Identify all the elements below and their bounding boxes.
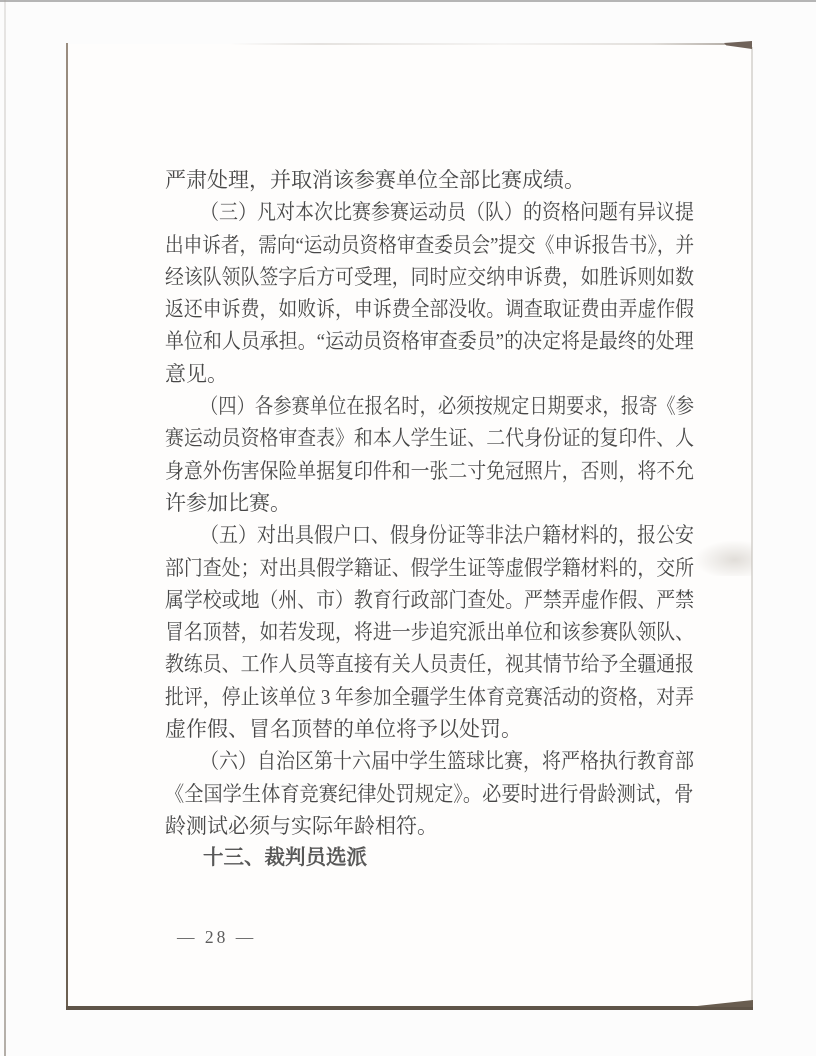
- paper-edge-right: [751, 47, 753, 1007]
- text-line-content: 单位和人员承担。“运动员资格审查委员”的决定将是最终的处理: [165, 325, 694, 357]
- paper-edge-top: [230, 43, 726, 45]
- paper-edge-left: [66, 43, 68, 1008]
- text-line-content: 冒名顶替，如若发现，将进一步追究派出单位和该参赛队领队、: [165, 616, 694, 648]
- text-line: 部门查处；对出具假学籍证、假学生证等虚假学籍材料的，交所: [165, 552, 694, 584]
- text-line: （五）对出具假户口、假身份证等非法户籍材料的，报公安: [165, 519, 694, 551]
- text-line: 虚作假、冒名顶替的单位将予以处罚。: [165, 713, 694, 745]
- text-line-content: 属学校或地（州、市）教育行政部门查处。严禁弄虚作假、严禁: [165, 584, 694, 616]
- text-line: 《全国学生体育竞赛纪律处罚规定》。必要时进行骨龄测试，骨: [165, 778, 694, 810]
- scan-border-left: [4, 0, 6, 1056]
- text-line: 冒名顶替，如若发现，将进一步追究派出单位和该参赛队领队、: [165, 616, 694, 648]
- text-line-content: （三）凡对本次比赛参赛运动员（队）的资格问题有异议提: [200, 196, 694, 228]
- text-line: （四）各参赛单位在报名时，必须按规定日期要求，报寄《参: [165, 390, 694, 422]
- section-heading: 十三、裁判员选派: [165, 842, 694, 874]
- text-line-content: 严肃处理，并取消该参赛单位全部比赛成绩。: [165, 164, 585, 196]
- text-line-content: 赛运动员资格审查表》和本人学生证、二代身份证的复印件、人: [165, 422, 694, 454]
- text-line-content: （五）对出具假户口、假身份证等非法户籍材料的，报公安: [200, 519, 694, 551]
- text-line: （三）凡对本次比赛参赛运动员（队）的资格问题有异议提: [165, 196, 694, 228]
- text-line-content: 部门查处；对出具假学籍证、假学生证等虚假学籍材料的，交所: [165, 552, 694, 584]
- text-line: （六）自治区第十六届中学生篮球比赛，将严格执行教育部: [165, 745, 694, 777]
- text-line: 经该队领队签字后方可受理，同时应交纳申诉费，如胜诉则如数: [165, 261, 694, 293]
- text-line: 龄测试必须与实际年龄相符。: [165, 810, 694, 842]
- text-line: 意见。: [165, 358, 694, 390]
- text-line: 单位和人员承担。“运动员资格审查委员”的决定将是最终的处理: [165, 325, 694, 357]
- text-line: 严肃处理，并取消该参赛单位全部比赛成绩。: [165, 164, 694, 196]
- text-line-content: 返还申诉费，如败诉，申诉费全部没收。调查取证费由弄虚作假: [165, 293, 694, 325]
- text-line-content: （六）自治区第十六届中学生篮球比赛，将严格执行教育部: [200, 745, 694, 777]
- text-line-content: 虚作假、冒名顶替的单位将予以处罚。: [165, 713, 522, 745]
- text-line: 返还申诉费，如败诉，申诉费全部没收。调查取证费由弄虚作假: [165, 293, 694, 325]
- text-line: 赛运动员资格审查表》和本人学生证、二代身份证的复印件、人: [165, 422, 694, 454]
- page-number: — 28 —: [177, 927, 256, 948]
- text-line: 许参加比赛。: [165, 487, 694, 519]
- document-body-text: 严肃处理，并取消该参赛单位全部比赛成绩。（三）凡对本次比赛参赛运动员（队）的资格…: [165, 164, 694, 875]
- text-line-content: 许参加比赛。: [165, 487, 291, 519]
- text-line-content: 意见。: [165, 358, 228, 390]
- text-line-content: 出申诉者，需向“运动员资格审查委员会”提交《申诉报告书》，并: [165, 229, 694, 261]
- paper-edge-bottom: [66, 1006, 753, 1010]
- scan-border-top: [0, 0, 816, 2]
- text-line-content: 身意外伤害保险单据复印件和一张二寸免冠照片，否则，将不允: [165, 455, 694, 487]
- text-line-content: 《全国学生体育竞赛纪律处罚规定》。必要时进行骨龄测试，骨: [165, 778, 694, 810]
- text-line-content: （四）各参赛单位在报名时，必须按规定日期要求，报寄《参: [200, 390, 694, 422]
- text-line: 教练员、工作人员等直接有关人员责任，视其情节给予全疆通报: [165, 648, 694, 680]
- text-line-content: 教练员、工作人员等直接有关人员责任，视其情节给予全疆通报: [165, 648, 694, 680]
- text-line-content: 经该队领队签字后方可受理，同时应交纳申诉费，如胜诉则如数: [165, 261, 694, 293]
- text-line: 出申诉者，需向“运动员资格审查委员会”提交《申诉报告书》，并: [165, 229, 694, 261]
- text-line-content: 十三、裁判员选派: [203, 842, 367, 874]
- scanned-document-page: 严肃处理，并取消该参赛单位全部比赛成绩。（三）凡对本次比赛参赛运动员（队）的资格…: [0, 0, 816, 1056]
- text-line: 批评，停止该单位 3 年参加全疆学生体育竞赛活动的资格，对弄: [165, 681, 694, 713]
- text-line-content: 龄测试必须与实际年龄相符。: [165, 810, 438, 842]
- text-line: 身意外伤害保险单据复印件和一张二寸免冠照片，否则，将不允: [165, 455, 694, 487]
- text-line-content: 批评，停止该单位 3 年参加全疆学生体育竞赛活动的资格，对弄: [165, 681, 694, 713]
- text-line: 属学校或地（州、市）教育行政部门查处。严禁弄虚作假、严禁: [165, 584, 694, 616]
